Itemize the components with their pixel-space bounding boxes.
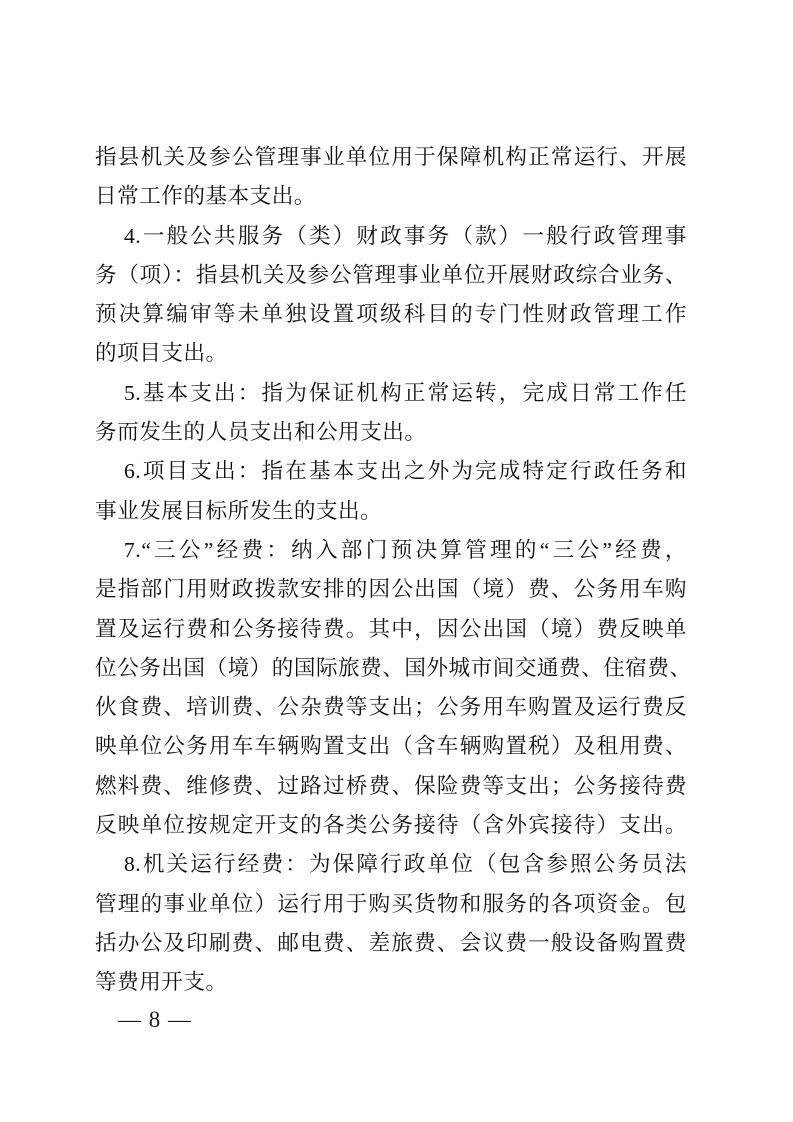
- text-line: 日常工作的基本支出。: [95, 177, 687, 216]
- text-line: 8.机关运行经费：为保障行政单位（包含参照公务员法: [95, 845, 687, 884]
- text-line: 指县机关及参公管理事业单位用于保障机构正常运行、开展: [95, 138, 687, 177]
- text-line: 务而发生的人员支出和公用支出。: [95, 413, 687, 452]
- text-line: 事业发展目标所发生的支出。: [95, 492, 687, 531]
- text-line: 4.一般公共服务（类）财政事务（款）一般行政管理事: [95, 217, 687, 256]
- text-line: 预决算编审等未单独设置项级科目的专门性财政管理工作: [95, 295, 687, 334]
- text-line: 位公务出国（境）的国际旅费、国外城市间交通费、住宿费、: [95, 649, 687, 688]
- document-body: 指县机关及参公管理事业单位用于保障机构正常运行、开展 日常工作的基本支出。 4.…: [95, 138, 687, 1003]
- text-line: 6.项目支出：指在基本支出之外为完成特定行政任务和: [95, 452, 687, 491]
- text-line: 的项目支出。: [95, 334, 687, 373]
- text-line: 燃料费、维修费、过路过桥费、保险费等支出；公务接待费: [95, 767, 687, 806]
- text-line: 括办公及印刷费、邮电费、差旅费、会议费一般设备购置费: [95, 924, 687, 963]
- text-line: 反映单位按规定开支的各类公务接待（含外宾接待）支出。: [95, 806, 687, 845]
- text-line: 是指部门用财政拨款安排的因公出国（境）费、公务用车购: [95, 570, 687, 609]
- text-line: 伙食费、培训费、公杂费等支出；公务用车购置及运行费反: [95, 688, 687, 727]
- text-line: 等费用开支。: [95, 963, 687, 1002]
- page-number: — 8 —: [118, 1002, 192, 1038]
- text-line: 映单位公务用车车辆购置支出（含车辆购置税）及租用费、: [95, 727, 687, 766]
- text-line: 5.基本支出：指为保证机构正常运转，完成日常工作任: [95, 374, 687, 413]
- text-line: 置及运行费和公务接待费。其中，因公出国（境）费反映单: [95, 610, 687, 649]
- text-line: 务（项）：指县机关及参公管理事业单位开展财政综合业务、: [95, 256, 687, 295]
- document-page: 指县机关及参公管理事业单位用于保障机构正常运行、开展 日常工作的基本支出。 4.…: [0, 0, 793, 1122]
- text-line: 管理的事业单位）运行用于购买货物和服务的各项资金。包: [95, 885, 687, 924]
- text-line: 7.“三公”经费：纳入部门预决算管理的“三公”经费，: [95, 531, 687, 570]
